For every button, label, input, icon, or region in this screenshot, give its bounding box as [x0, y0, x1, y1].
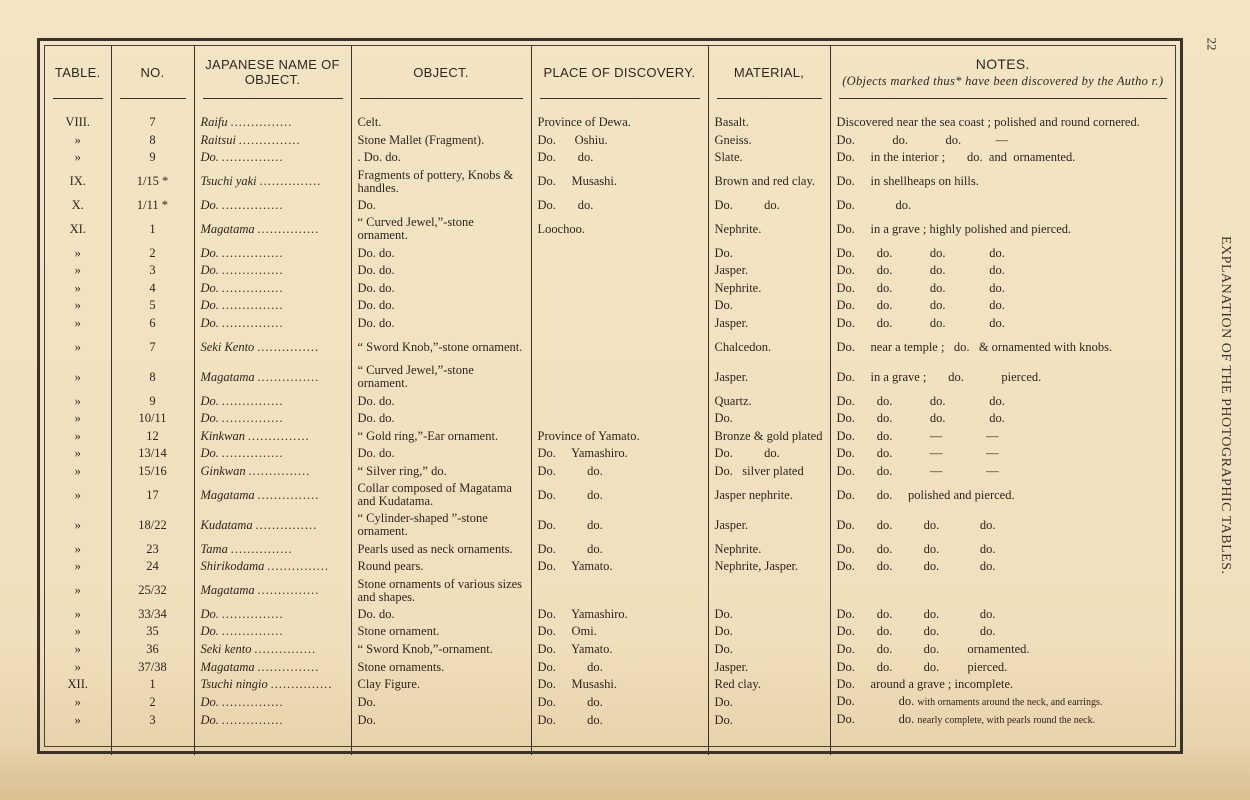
cell-japanese-name: Do. ...............	[194, 149, 351, 167]
cell-table: »	[45, 623, 111, 641]
cell-material: Quartz.	[708, 392, 830, 410]
cell-material: Do. do.	[708, 197, 830, 215]
cell-object: Celt.	[351, 114, 531, 132]
cell-no: 9	[111, 149, 194, 167]
table-row: »9Do. ................ Do. do.Do. do.Sla…	[45, 149, 1175, 167]
cell-japanese-name: Shirikodama ...............	[194, 558, 351, 576]
cell-no: 10/11	[111, 410, 194, 428]
cell-material: Jasper.	[708, 315, 830, 333]
japanese-name: Magatama	[201, 660, 255, 674]
cell-japanese-name: Do. ...............	[194, 297, 351, 315]
japanese-name: Tama	[201, 542, 228, 556]
cell-material: Do.	[708, 623, 830, 641]
cell-place: Do. Omi.	[531, 623, 708, 641]
dot-leader: ...............	[257, 340, 319, 354]
dot-leader: ...............	[258, 222, 320, 236]
cell-notes: Do. do. do. do.	[830, 297, 1175, 315]
cell-no: 3	[111, 262, 194, 280]
cell-place: Do. Oshiu.	[531, 132, 708, 150]
cell-material: Gneiss.	[708, 132, 830, 150]
cell-material: Do.	[708, 244, 830, 262]
cell-object: Stone Mallet (Fragment).	[351, 132, 531, 150]
dot-leader: ...............	[222, 411, 284, 425]
japanese-name: Do.	[201, 394, 219, 408]
cell-notes: Do. around a grave ; incomplete.	[830, 676, 1175, 694]
running-head: EXPLANATION OF THE PHOTOGRAPHIC TABLES.	[1213, 236, 1233, 576]
cell-no: 2	[111, 693, 194, 711]
cell-object: Do. do.	[351, 297, 531, 315]
cell-japanese-name: Do. ...............	[194, 244, 351, 262]
cell-table: »	[45, 280, 111, 298]
cell-place: Do. Musashi.	[531, 676, 708, 694]
cell-notes: Do. do. do. do.	[830, 606, 1175, 624]
cell-object: “ Sword Knob,”-ornament.	[351, 641, 531, 659]
cell-object: Do. do.	[351, 315, 531, 333]
cell-table: »	[45, 445, 111, 463]
cell-table: »	[45, 510, 111, 540]
dot-leader: ...............	[258, 488, 320, 502]
japanese-name: Raitsui	[201, 133, 236, 147]
table-inner-frame: TABLE. NO. JAPANESE NAME OF OBJECT. OBJE…	[44, 45, 1176, 747]
cell-notes: Do. do. do. do.	[830, 623, 1175, 641]
japanese-name: Do.	[201, 411, 219, 425]
cell-object: Do.	[351, 711, 531, 729]
japanese-name: Do.	[201, 298, 219, 312]
header-place: PLACE OF DISCOVERY.	[531, 46, 708, 98]
cell-place: Do. do.	[531, 197, 708, 215]
dot-leader: ...............	[231, 115, 293, 129]
table-row: »36Seki kento ...............“ Sword Kno…	[45, 641, 1175, 659]
cell-no: 7	[111, 114, 194, 132]
cell-notes: Do. do. — —	[830, 428, 1175, 446]
japanese-name: Do.	[201, 281, 219, 295]
table-row: »13/14Do. ...............Do. do.Do. Yama…	[45, 445, 1175, 463]
table-row: »2Do. ...............Do.Do. do.Do.Do. do…	[45, 693, 1175, 711]
cell-place: Do. do.	[531, 149, 708, 167]
cell-japanese-name: Do. ...............	[194, 693, 351, 711]
cell-object: “ Sword Knob,”-stone ornament.	[351, 332, 531, 362]
cell-table: XI.	[45, 214, 111, 244]
table-row: »7Seki Kento ...............“ Sword Knob…	[45, 332, 1175, 362]
cell-japanese-name: Do. ...............	[194, 623, 351, 641]
cell-material: Jasper nephrite.	[708, 480, 830, 510]
cell-japanese-name: Magatama ...............	[194, 362, 351, 392]
header-notes: NOTES. (Objects marked thus* have been d…	[830, 46, 1175, 98]
table-row: »17Magatama ...............Collar compos…	[45, 480, 1175, 510]
japanese-name: Magatama	[201, 488, 255, 502]
cell-no: 4	[111, 280, 194, 298]
cell-table: »	[45, 428, 111, 446]
cell-place: Province of Dewa.	[531, 114, 708, 132]
table-row: »23Tama ...............Pearls used as ne…	[45, 540, 1175, 558]
japanese-name: Ginkwan	[201, 464, 246, 478]
cell-object: Do. do.	[351, 244, 531, 262]
cell-table: »	[45, 606, 111, 624]
cell-place: Do. do.	[531, 510, 708, 540]
japanese-name: Do.	[201, 695, 219, 709]
cell-notes: Do. in shellheaps on hills.	[830, 167, 1175, 197]
cell-place: Do. Yamato.	[531, 558, 708, 576]
cell-table: »	[45, 410, 111, 428]
dot-leader: ...............	[222, 607, 284, 621]
cell-no: 25/32	[111, 576, 194, 606]
dot-leader: ...............	[249, 464, 311, 478]
cell-table: »	[45, 149, 111, 167]
photographic-tables-table: TABLE. NO. JAPANESE NAME OF OBJECT. OBJE…	[45, 46, 1175, 755]
cell-material: Basalt.	[708, 114, 830, 132]
table-row: »12Kinkwan ...............“ Gold ring,”-…	[45, 428, 1175, 446]
cell-japanese-name: Raifu ...............	[194, 114, 351, 132]
cell-table: »	[45, 262, 111, 280]
table-row: »24Shirikodama ...............Round pear…	[45, 558, 1175, 576]
cell-table: IX.	[45, 167, 111, 197]
table-frame: TABLE. NO. JAPANESE NAME OF OBJECT. OBJE…	[37, 38, 1183, 754]
header-row: TABLE. NO. JAPANESE NAME OF OBJECT. OBJE…	[45, 46, 1175, 98]
cell-japanese-name: Magatama ...............	[194, 214, 351, 244]
japanese-name: Do.	[201, 316, 219, 330]
cell-material: Jasper.	[708, 510, 830, 540]
spacer-row	[45, 98, 1175, 114]
cell-japanese-name: Do. ...............	[194, 197, 351, 215]
japanese-name: Raifu	[201, 115, 228, 129]
cell-notes: Do. do. do. pierced.	[830, 658, 1175, 676]
dot-leader: ...............	[222, 316, 284, 330]
cell-material: Do.	[708, 693, 830, 711]
cell-notes: Do. do. do. do.	[830, 262, 1175, 280]
cell-no: 17	[111, 480, 194, 510]
cell-object: “ Silver ring,” do.	[351, 463, 531, 481]
cell-place	[531, 262, 708, 280]
cell-japanese-name: Magatama ...............	[194, 658, 351, 676]
japanese-name: Magatama	[201, 370, 255, 384]
cell-notes: Do. do. do. do.	[830, 410, 1175, 428]
cell-place: Do. do.	[531, 711, 708, 729]
cell-object: “ Gold ring,”-Ear ornament.	[351, 428, 531, 446]
dot-leader: ...............	[258, 583, 320, 597]
cell-material: Jasper.	[708, 658, 830, 676]
cell-material: Do.	[708, 711, 830, 729]
dot-leader: ...............	[256, 518, 318, 532]
table-row: XII.1Tsuchi ningio ...............Clay F…	[45, 676, 1175, 694]
japanese-name: Do.	[201, 246, 219, 260]
japanese-name: Magatama	[201, 222, 255, 236]
notes-main: Do. do.	[837, 694, 915, 708]
cell-notes: Discovered near the sea coast ; polished…	[830, 114, 1175, 132]
cell-material: Do. do.	[708, 445, 830, 463]
table-row: »4Do. ...............Do. do.Nephrite.Do.…	[45, 280, 1175, 298]
cell-material: Do.	[708, 410, 830, 428]
japanese-name: Kudatama	[201, 518, 253, 532]
cell-table: »	[45, 540, 111, 558]
cell-object: “ Curved Jewel,”-stone ornament.	[351, 214, 531, 244]
cell-notes: Do. in a grave ; do. pierced.	[830, 362, 1175, 392]
cell-no: 7	[111, 332, 194, 362]
table-row: »8Raitsui ...............Stone Mallet (F…	[45, 132, 1175, 150]
cell-notes: Do. do. — —	[830, 445, 1175, 463]
cell-place	[531, 280, 708, 298]
notes-main: Do. do.	[837, 712, 915, 726]
cell-object: “ Curved Jewel,”-stone ornament.	[351, 362, 531, 392]
cell-material: Do. silver plated	[708, 463, 830, 481]
cell-no: 12	[111, 428, 194, 446]
cell-object: Do.	[351, 693, 531, 711]
dot-leader: ...............	[222, 446, 284, 460]
dot-leader: ...............	[239, 133, 301, 147]
page-number: 22	[1204, 38, 1220, 51]
cell-object: “ Cylinder-shaped ”-stone ornament.	[351, 510, 531, 540]
cell-object: Round pears.	[351, 558, 531, 576]
cell-japanese-name: Tama ...............	[194, 540, 351, 558]
cell-japanese-name: Do. ...............	[194, 606, 351, 624]
cell-table: »	[45, 132, 111, 150]
dot-leader: ...............	[258, 370, 320, 384]
cell-material: Brown and red clay.	[708, 167, 830, 197]
cell-table: »	[45, 641, 111, 659]
cell-object: Stone ornaments of various sizes and sha…	[351, 576, 531, 606]
dot-leader: ...............	[231, 542, 293, 556]
cell-japanese-name: Do. ...............	[194, 315, 351, 333]
cell-japanese-name: Do. ...............	[194, 392, 351, 410]
cell-material: Nephrite, Jasper.	[708, 558, 830, 576]
cell-japanese-name: Do. ...............	[194, 711, 351, 729]
cell-notes: Do. in the interior ; do. and ornamented…	[830, 149, 1175, 167]
cell-japanese-name: Do. ...............	[194, 280, 351, 298]
cell-japanese-name: Ginkwan ...............	[194, 463, 351, 481]
cell-japanese-name: Kinkwan ...............	[194, 428, 351, 446]
cell-object: Do. do.	[351, 410, 531, 428]
table-row: »5Do. ...............Do. do.Do.Do. do. d…	[45, 297, 1175, 315]
cell-table: »	[45, 558, 111, 576]
cell-table: XII.	[45, 676, 111, 694]
header-table: TABLE.	[45, 46, 111, 98]
cell-japanese-name: Raitsui ...............	[194, 132, 351, 150]
cell-table: VIII.	[45, 114, 111, 132]
cell-object: Collar composed of Magatama and Kudatama…	[351, 480, 531, 510]
cell-place: Do. do.	[531, 693, 708, 711]
cell-japanese-name: Magatama ...............	[194, 576, 351, 606]
cell-place: Do. Yamato.	[531, 641, 708, 659]
cell-japanese-name: Seki kento ...............	[194, 641, 351, 659]
cell-object: Fragments of pottery, Knobs & handles.	[351, 167, 531, 197]
cell-notes: Do. in a grave ; highly polished and pie…	[830, 214, 1175, 244]
cell-no: 18/22	[111, 510, 194, 540]
cell-notes: Do. do. do. do.	[830, 558, 1175, 576]
cell-notes: Do. do. do. ornamented.	[830, 641, 1175, 659]
table-row: »33/34Do. ...............Do. do.Do. Yama…	[45, 606, 1175, 624]
cell-place	[531, 244, 708, 262]
cell-place: Do. Yamashiro.	[531, 606, 708, 624]
notes-detail: nearly complete, with pearls round the n…	[917, 715, 1095, 726]
cell-material: Bronze & gold plated	[708, 428, 830, 446]
cell-object: Do.	[351, 197, 531, 215]
cell-material: Nephrite.	[708, 214, 830, 244]
cell-no: 8	[111, 132, 194, 150]
table-row: VIII.7Raifu ...............Celt.Province…	[45, 114, 1175, 132]
dot-leader: ...............	[222, 394, 284, 408]
japanese-name: Seki kento	[201, 642, 252, 656]
cell-place: Do. do.	[531, 658, 708, 676]
cell-no: 23	[111, 540, 194, 558]
cell-japanese-name: Do. ...............	[194, 445, 351, 463]
dot-leader: ...............	[258, 660, 320, 674]
cell-no: 13/14	[111, 445, 194, 463]
table-row: IX.1/15 *Tsuchi yaki ...............Frag…	[45, 167, 1175, 197]
cell-object: Do. do.	[351, 445, 531, 463]
cell-place	[531, 392, 708, 410]
table-row: »3Do. ...............Do. do.Jasper.Do. d…	[45, 262, 1175, 280]
table-row: »2Do. ...............Do. do.Do.Do. do. d…	[45, 244, 1175, 262]
cell-object: Pearls used as neck ornaments.	[351, 540, 531, 558]
cell-notes: Do. do. with ornaments around the neck, …	[830, 693, 1175, 711]
japanese-name: Do.	[201, 713, 219, 727]
dot-leader: ...............	[248, 429, 310, 443]
dot-leader: ...............	[222, 198, 284, 212]
japanese-name: Do.	[201, 263, 219, 277]
cell-japanese-name: Kudatama ...............	[194, 510, 351, 540]
cell-no: 37/38	[111, 658, 194, 676]
table-row: X.1/11 *Do. ...............Do.Do. do.Do.…	[45, 197, 1175, 215]
japanese-name: Tsuchi ningio	[201, 677, 268, 691]
cell-japanese-name: Do. ...............	[194, 262, 351, 280]
dot-leader: ...............	[268, 559, 330, 573]
cell-material: Nephrite.	[708, 280, 830, 298]
cell-table: »	[45, 244, 111, 262]
cell-no: 15/16	[111, 463, 194, 481]
dot-leader: ...............	[222, 298, 284, 312]
cell-object: . Do. do.	[351, 149, 531, 167]
cell-notes: Do. do. do. —	[830, 132, 1175, 150]
cell-place: Do. Musashi.	[531, 167, 708, 197]
cell-object: Clay Figure.	[351, 676, 531, 694]
cell-place	[531, 315, 708, 333]
cell-notes: Do. do. do. do.	[830, 315, 1175, 333]
dot-leader: ...............	[222, 150, 284, 164]
cell-no: 3	[111, 711, 194, 729]
cell-material: Nephrite.	[708, 540, 830, 558]
cell-object: Do. do.	[351, 392, 531, 410]
end-spacer-row	[45, 729, 1175, 755]
cell-place: Loochoo.	[531, 214, 708, 244]
cell-no: 8	[111, 362, 194, 392]
cell-place	[531, 297, 708, 315]
japanese-name: Do.	[201, 198, 219, 212]
cell-table: »	[45, 332, 111, 362]
cell-table: »	[45, 711, 111, 729]
header-japanese-name: JAPANESE NAME OF OBJECT.	[194, 46, 351, 98]
cell-notes: Do. do. do. do.	[830, 244, 1175, 262]
header-object: OBJECT.	[351, 46, 531, 98]
cell-japanese-name: Tsuchi ningio ...............	[194, 676, 351, 694]
dot-leader: ...............	[222, 695, 284, 709]
cell-japanese-name: Seki Kento ...............	[194, 332, 351, 362]
cell-table: »	[45, 315, 111, 333]
cell-place	[531, 576, 708, 606]
table-row: »6Do. ...............Do. do.Jasper.Do. d…	[45, 315, 1175, 333]
cell-place	[531, 410, 708, 428]
dot-leader: ...............	[222, 713, 284, 727]
cell-table: »	[45, 576, 111, 606]
cell-place: Do. do.	[531, 463, 708, 481]
japanese-name: Magatama	[201, 583, 255, 597]
cell-object: Do. do.	[351, 606, 531, 624]
cell-no: 5	[111, 297, 194, 315]
table-row: »37/38Magatama ...............Stone orna…	[45, 658, 1175, 676]
cell-no: 6	[111, 315, 194, 333]
cell-notes: Do. do. — —	[830, 463, 1175, 481]
cell-no: 1	[111, 676, 194, 694]
cell-material: Do.	[708, 641, 830, 659]
cell-place	[531, 332, 708, 362]
japanese-name: Do.	[201, 446, 219, 460]
cell-no: 35	[111, 623, 194, 641]
dot-leader: ...............	[260, 174, 322, 188]
japanese-name: Kinkwan	[201, 429, 245, 443]
table-row: »8Magatama ...............“ Curved Jewel…	[45, 362, 1175, 392]
cell-material: Chalcedon.	[708, 332, 830, 362]
dot-leader: ...............	[222, 281, 284, 295]
cell-object: Do. do.	[351, 280, 531, 298]
table-row: XI.1Magatama ...............“ Curved Jew…	[45, 214, 1175, 244]
cell-no: 1	[111, 214, 194, 244]
cell-no: 24	[111, 558, 194, 576]
cell-no: 1/11 *	[111, 197, 194, 215]
table-body: VIII.7Raifu ...............Celt.Province…	[45, 98, 1175, 755]
japanese-name: Tsuchi yaki	[201, 174, 257, 188]
cell-place: Province of Yamato.	[531, 428, 708, 446]
cell-notes: Do. do. do. do.	[830, 510, 1175, 540]
table-row: »15/16Ginkwan ...............“ Silver ri…	[45, 463, 1175, 481]
header-no: NO.	[111, 46, 194, 98]
dot-leader: ...............	[222, 246, 284, 260]
cell-notes: Do. do. do. do.	[830, 540, 1175, 558]
cell-notes: Do. do. nearly complete, with pearls rou…	[830, 711, 1175, 729]
cell-material	[708, 576, 830, 606]
cell-no: 9	[111, 392, 194, 410]
table-row: »18/22Kudatama ...............“ Cylinder…	[45, 510, 1175, 540]
cell-table: »	[45, 362, 111, 392]
cell-place: Do. Yamashiro.	[531, 445, 708, 463]
cell-no: 2	[111, 244, 194, 262]
cell-notes	[830, 576, 1175, 606]
cell-material: Do.	[708, 606, 830, 624]
cell-object: Stone ornaments.	[351, 658, 531, 676]
cell-table: »	[45, 480, 111, 510]
cell-material: Slate.	[708, 149, 830, 167]
cell-place	[531, 362, 708, 392]
table-row: »9Do. ...............Do. do.Quartz.Do. d…	[45, 392, 1175, 410]
cell-notes: Do. do. do. do.	[830, 280, 1175, 298]
japanese-name: Shirikodama	[201, 559, 265, 573]
notes-detail: with ornaments around the neck, and earr…	[917, 697, 1102, 708]
dot-leader: ...............	[222, 624, 284, 638]
cell-notes: Do. do. do. do.	[830, 392, 1175, 410]
cell-no: 1/15 *	[111, 167, 194, 197]
cell-table: »	[45, 693, 111, 711]
cell-table: »	[45, 658, 111, 676]
cell-japanese-name: Tsuchi yaki ...............	[194, 167, 351, 197]
table-row: »25/32Magatama ...............Stone orna…	[45, 576, 1175, 606]
japanese-name: Do.	[201, 624, 219, 638]
table-row: »3Do. ...............Do.Do. do.Do.Do. do…	[45, 711, 1175, 729]
cell-japanese-name: Do. ...............	[194, 410, 351, 428]
table-row: »35Do. ...............Stone ornament.Do.…	[45, 623, 1175, 641]
cell-material: Do.	[708, 297, 830, 315]
cell-no: 33/34	[111, 606, 194, 624]
cell-place: Do. do.	[531, 480, 708, 510]
cell-material: Red clay.	[708, 676, 830, 694]
cell-notes: Do. do. polished and pierced.	[830, 480, 1175, 510]
cell-table: »	[45, 297, 111, 315]
